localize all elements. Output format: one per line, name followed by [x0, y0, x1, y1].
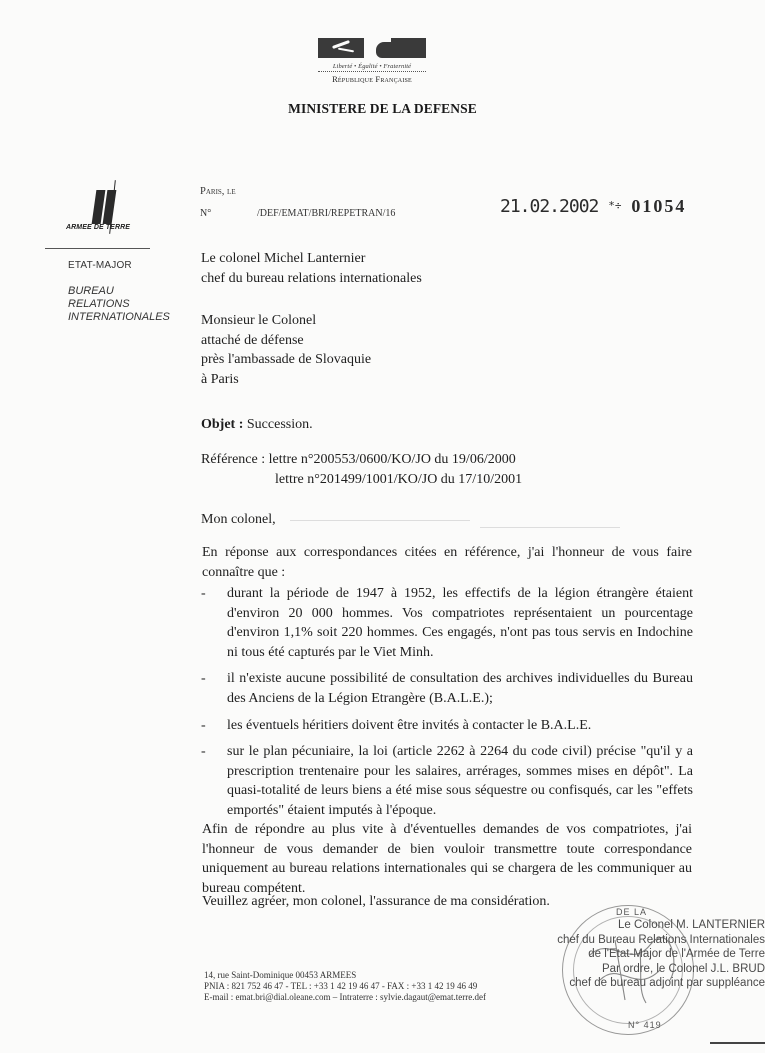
bullet-dash: - — [201, 742, 206, 762]
stamp-top-text: DE LA — [616, 907, 647, 917]
republique-francaise-header: Liberté • Égalité • Fraternité Républiqu… — [318, 38, 426, 84]
signature-block: Le Colonel M. LANTERNIER chef du Bureau … — [547, 918, 765, 991]
bullet-text: durant la période de 1947 à 1952, les ef… — [227, 586, 693, 660]
bullet-dash: - — [201, 716, 206, 736]
reference-block: Référence : lettre n°200553/0600/KO/JO d… — [201, 450, 522, 489]
stamp-date: 21.02.2002 — [500, 196, 598, 217]
ministry-title: MINISTERE DE LA DEFENSE — [0, 101, 765, 117]
list-item: - sur le plan pécuniaire, la loi (articl… — [200, 742, 693, 820]
signature-line: de l'Etat-Major de l'Armée de Terre — [547, 947, 765, 962]
etat-major-label: ETAT-MAJOR — [68, 260, 132, 271]
signature-line: Le Colonel M. LANTERNIER — [547, 918, 765, 933]
bureau-line: INTERNATIONALES — [68, 311, 170, 324]
list-item: - durant la période de 1947 à 1952, les … — [200, 584, 693, 662]
stamp-number: N° 419 — [628, 1020, 662, 1030]
bullet-dash: - — [201, 669, 206, 689]
recipient-block: Monsieur le Colonel attaché de défense p… — [201, 311, 371, 389]
scan-edge-line — [710, 1042, 765, 1044]
closing-paragraph: Afin de répondre au plus vite à d'éventu… — [202, 820, 692, 898]
reference-label: Référence : — [201, 452, 265, 467]
footer-address: 14, rue Saint-Dominique 00453 ARMEES — [204, 970, 486, 981]
sender-line: chef du bureau relations internationales — [201, 269, 422, 289]
number-label: N° — [200, 208, 211, 219]
recipient-line: près l'ambassade de Slovaquie — [201, 350, 371, 370]
footer-contact: 14, rue Saint-Dominique 00453 ARMEES PNI… — [204, 970, 486, 1003]
bureau-name: BUREAU RELATIONS INTERNATIONALES — [68, 285, 170, 324]
number-value: /DEF/EMAT/BRI/REPETRAN/16 — [257, 208, 395, 219]
republic-name: République Française — [318, 74, 426, 84]
recipient-line: Monsieur le Colonel — [201, 311, 371, 331]
bureau-line: RELATIONS — [68, 298, 170, 311]
footer-phones: PNIA : 821 752 46 47 - TEL : +33 1 42 19… — [204, 981, 486, 992]
marianne-logo-icon — [318, 38, 426, 58]
bureau-line: BUREAU — [68, 285, 170, 298]
bullet-text: sur le plan pécuniaire, la loi (article … — [227, 744, 693, 818]
stamp-separator: *÷ — [608, 199, 621, 212]
signature-line: Par ordre, le Colonel J.L. BRUD — [547, 962, 765, 977]
bullet-text: il n'existe aucune possibilité de consul… — [227, 671, 693, 706]
bullet-dash: - — [201, 584, 206, 604]
signature-line: chef de bureau adjoint par suppléance — [547, 976, 765, 991]
intro-paragraph: En réponse aux correspondances citées en… — [202, 543, 692, 582]
recipient-line: attaché de défense — [201, 331, 371, 351]
regards-line: Veuillez agréer, mon colonel, l'assuranc… — [202, 892, 550, 912]
list-item: - il n'existe aucune possibilité de cons… — [200, 669, 693, 708]
bullet-text: les éventuels héritiers doivent être inv… — [227, 718, 591, 733]
list-item: - les éventuels héritiers doivent être i… — [200, 716, 693, 736]
left-divider — [45, 248, 150, 249]
army-label: ARMEE DE TERRE — [66, 224, 130, 231]
date-stamp: 21.02.2002 *÷ 01054 — [500, 196, 686, 217]
bullet-list: - durant la période de 1947 à 1952, les … — [200, 584, 693, 828]
place-date-label: Paris, le — [200, 186, 236, 197]
salutation: Mon colonel, — [201, 510, 276, 530]
subject-label: Objet : — [201, 417, 243, 432]
sender-line: Le colonel Michel Lanternier — [201, 249, 422, 269]
footer-emails: E-mail : emat.bri@dial.oleane.com – Intr… — [204, 992, 486, 1003]
reference-line: lettre n°200553/0600/KO/JO du 19/06/2000 — [269, 452, 516, 467]
registration-number: 01054 — [631, 196, 686, 216]
republic-motto: Liberté • Égalité • Fraternité — [318, 63, 426, 72]
subject-line: Objet : Succession. — [201, 415, 313, 435]
subject-value: Succession. — [247, 417, 313, 432]
recipient-line: à Paris — [201, 370, 371, 390]
sender-block: Le colonel Michel Lanternier chef du bur… — [201, 249, 422, 288]
signature-line: chef du Bureau Relations Internationales — [547, 933, 765, 948]
reference-line: lettre n°201499/1001/KO/JO du 17/10/2001 — [201, 470, 522, 490]
